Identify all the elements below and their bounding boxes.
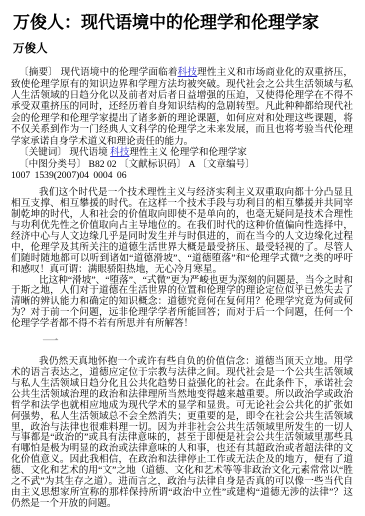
body-paragraph-3: 我仍然天真地怀抱一个或许有些自负的价值信念：道德当顶天立地。用学术的语言表达之，… — [11, 357, 353, 510]
keywords-text-post: 理性主义 伦理学和伦理学家 — [129, 147, 247, 158]
keji-link-abstract[interactable]: 科技 — [178, 67, 198, 78]
abstract-text-pre: 〔摘要〕 现代语境中的伦理学面临着 — [19, 67, 178, 78]
abstract: 〔摘要〕 现代语境中的伦理学面临着科技理性主义和市场商业化的双重挤压，致使伦理学… — [11, 67, 353, 147]
section-marker: 一 — [42, 337, 353, 347]
article-author: 万俊人 — [13, 40, 353, 56]
abstract-text-post: 理性主义和市场商业化的双重挤压，致使伦理学原有的知识边界和学理方法均被突破。现代… — [11, 67, 353, 146]
article-page: 万俊人：现代语境中的伦理学和伦理学家 万俊人 〔摘要〕 现代语境中的伦理学面临着… — [0, 0, 365, 516]
article-title: 万俊人：现代语境中的伦理学和伦理学家 — [13, 12, 353, 33]
clc-line: 〔中图分类号〕 B82 02 〔文献标识码〕 A 〔文章编号〕1007 1539… — [11, 159, 353, 182]
clc-text: 〔中图分类号〕 B82 02 〔文献标识码〕 A 〔文章编号〕 — [19, 159, 255, 170]
body-paragraph-2: 比这种“滑坡”、“堕落”、“式微”更为严峻也更为深刻的问题是，当今之时和于斯之地… — [11, 276, 353, 331]
article-number: 1007 1539(2007)04 0004 06 — [11, 170, 353, 181]
keywords-line: 〔关键词〕 现代语境 科技理性主义 伦理学和伦理学家 — [11, 147, 353, 158]
keywords-text-pre: 〔关键词〕 现代语境 — [19, 147, 110, 158]
body-paragraph-1: 我们这个时代是一个技术理性主义与经济实利主义双重取向都十分凸显且相互支撑、相互攀… — [11, 188, 353, 275]
keji-link-keywords[interactable]: 科技 — [110, 147, 129, 158]
